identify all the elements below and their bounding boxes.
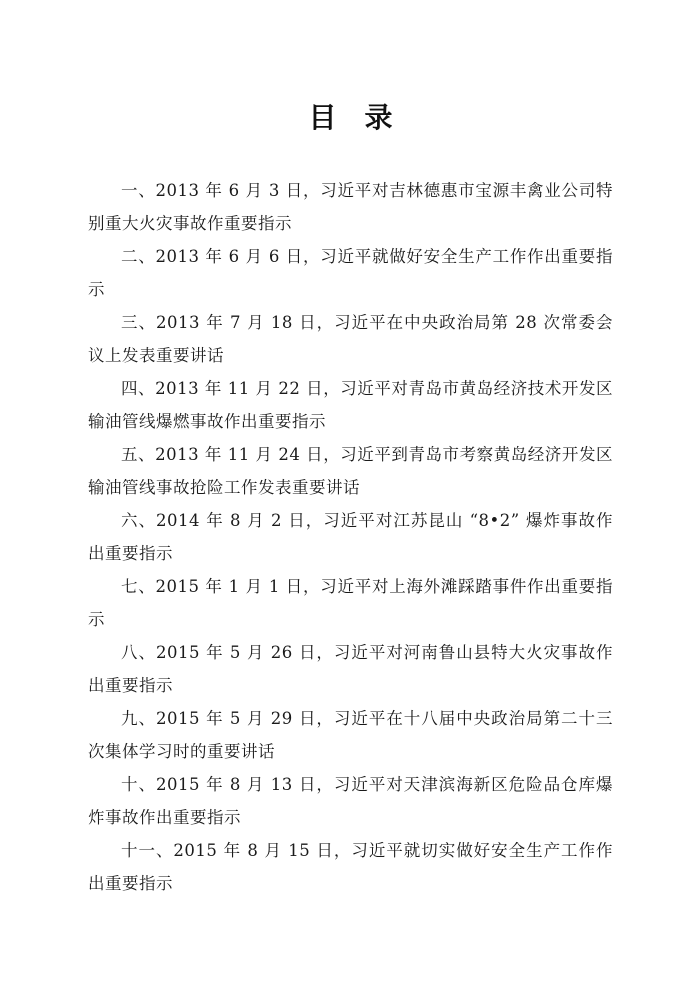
- document-page: 目 录 一、2013 年 6 月 3 日，习近平对吉林德惠市宝源丰禽业公司特别重…: [0, 0, 700, 989]
- toc-item-6: 六、2014 年 8 月 2 日，习近平对江苏昆山 “8•2” 爆炸事故作出重要…: [88, 504, 613, 570]
- toc-item-11: 十一、2015 年 8 月 15 日，习近平就切实做好安全生产工作作出重要指示: [88, 834, 613, 900]
- page-title: 目 录: [88, 0, 613, 135]
- toc-item-4: 四、2013 年 11 月 22 日，习近平对青岛市黄岛经济技术开发区输油管线爆…: [88, 372, 613, 438]
- toc-item-5: 五、2013 年 11 月 24 日，习近平到青岛市考察黄岛经济开发区输油管线事…: [88, 438, 613, 504]
- toc-item-2: 二、2013 年 6 月 6 日，习近平就做好安全生产工作作出重要指示: [88, 240, 613, 306]
- toc-item-10: 十、2015 年 8 月 13 日，习近平对天津滨海新区危险品仓库爆炸事故作出重…: [88, 768, 613, 834]
- toc-item-9: 九、2015 年 5 月 29 日，习近平在十八届中央政治局第二十三次集体学习时…: [88, 702, 613, 768]
- table-of-contents: 一、2013 年 6 月 3 日，习近平对吉林德惠市宝源丰禽业公司特别重大火灾事…: [88, 174, 613, 900]
- toc-item-1: 一、2013 年 6 月 3 日，习近平对吉林德惠市宝源丰禽业公司特别重大火灾事…: [88, 174, 613, 240]
- toc-item-8: 八、2015 年 5 月 26 日，习近平对河南鲁山县特大火灾事故作出重要指示: [88, 636, 613, 702]
- document-content: 目 录 一、2013 年 6 月 3 日，习近平对吉林德惠市宝源丰禽业公司特别重…: [0, 0, 700, 900]
- toc-item-3: 三、2013 年 7 月 18 日，习近平在中央政治局第 28 次常委会议上发表…: [88, 306, 613, 372]
- toc-item-7: 七、2015 年 1 月 1 日，习近平对上海外滩踩踏事件作出重要指示: [88, 570, 613, 636]
